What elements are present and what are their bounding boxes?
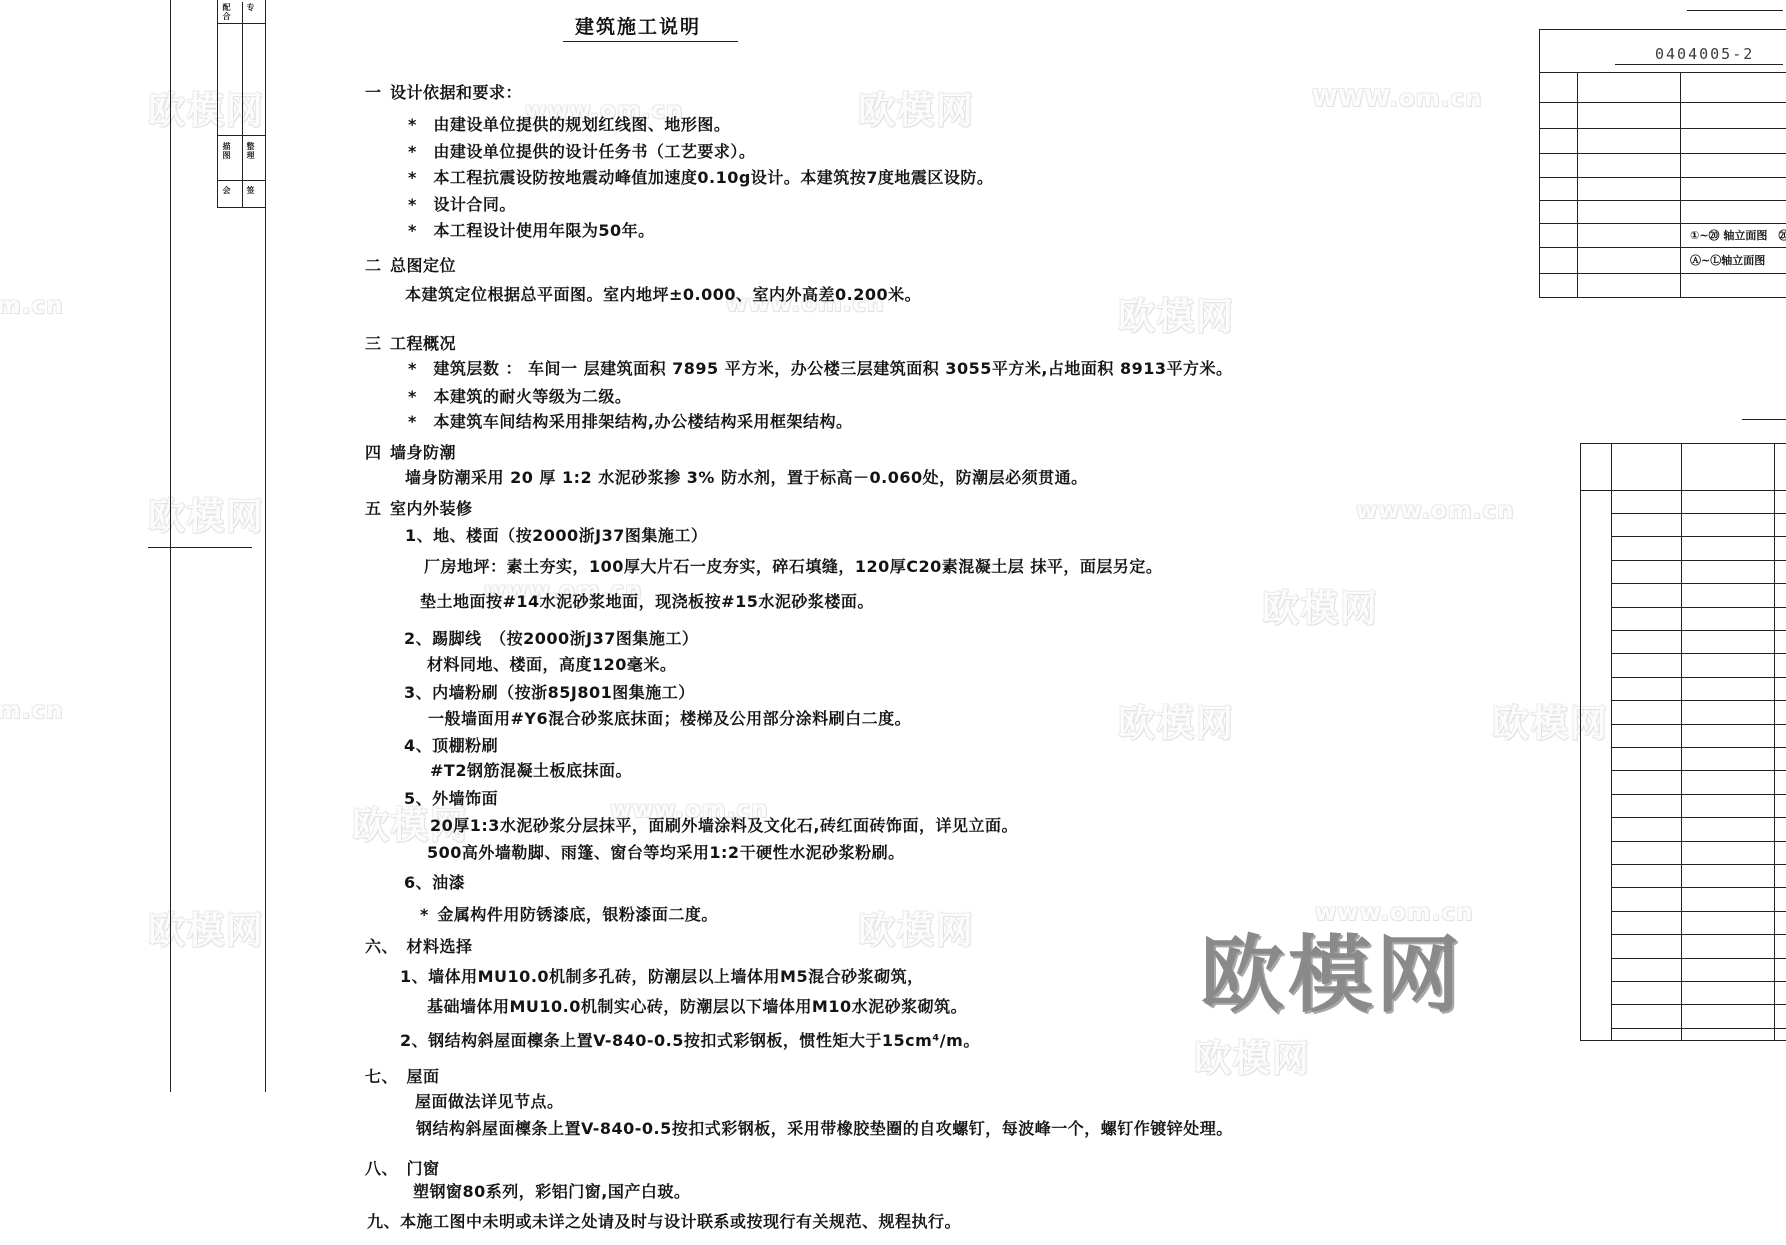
frame-line [1742, 419, 1786, 420]
frame-line [1539, 297, 1786, 298]
sign-strip-label: 会 [222, 186, 230, 195]
sign-strip-label: 专 [246, 3, 254, 12]
drawing-number: 0404005-2 [1655, 45, 1754, 63]
frame-line [1687, 10, 1783, 11]
drawing-sheet: 欧模网www.om.cn欧模网WWW.om.cnom.cnwww.om.cn欧模… [0, 0, 1786, 1245]
sign-strip-label: 描图 [222, 142, 230, 160]
sign-strip-label: 整理 [246, 142, 254, 160]
title-block-bottom [1580, 443, 1786, 1040]
elevation-list-item: ①~⑳ 轴立面图 ⑳ [1690, 227, 1786, 243]
frame-line [1580, 1040, 1786, 1041]
sign-strip-label: 配合 [222, 3, 230, 21]
elevation-list-item: Ⓐ~Ⓛ轴立面图 [1690, 252, 1765, 268]
signature-strip: 配合专描图整理会签 [0, 0, 300, 250]
title-block-top: 0404005-2 ①~⑳ 轴立面图 ⑳ Ⓐ~Ⓛ轴立面图 [1539, 29, 1786, 297]
sign-strip-label: 签 [246, 186, 254, 195]
frame-line [148, 547, 252, 548]
site-logo: 欧模网 [1200, 908, 1464, 1029]
